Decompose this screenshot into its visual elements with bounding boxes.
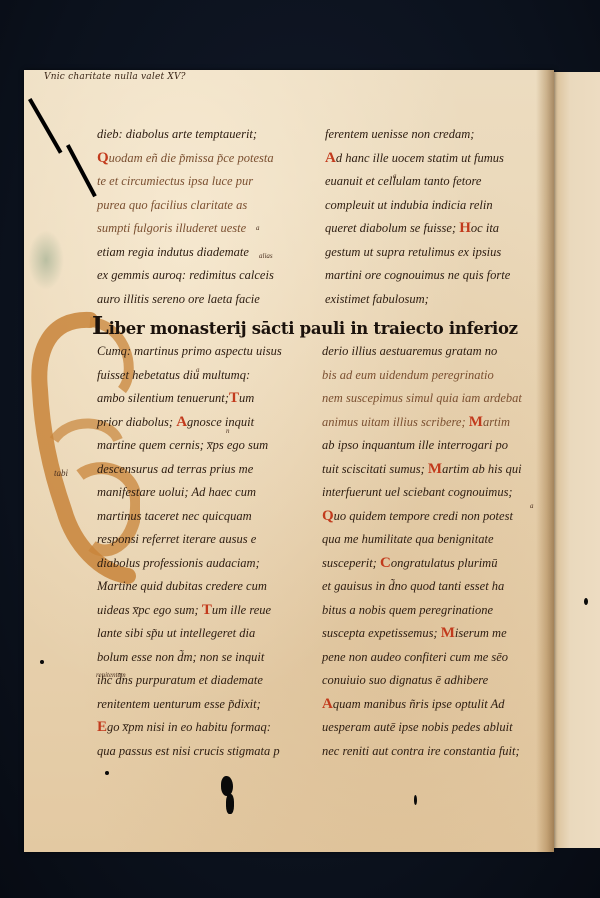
text-line: Ad hanc ille uocem statim ut fumus	[325, 147, 510, 171]
text-line: Martine quid dubitas credere cum	[97, 575, 282, 599]
rubric-initial: M	[469, 414, 483, 430]
ink-blot	[221, 776, 233, 796]
text-line: bis ad eum uidendum peregrinatio	[322, 364, 522, 388]
text-line: auro illitis sereno ore laeta facie	[97, 288, 274, 312]
interlinear-gloss: a	[530, 502, 534, 510]
text-line: queret diabolum se fuisse; Hoc ita	[325, 217, 510, 241]
text-line: etiam regia indutus diademate	[97, 241, 274, 265]
text-line: Quodam eñ die p̃missa p̃ce potesta	[97, 147, 274, 171]
rubric-initial: A	[322, 696, 333, 712]
text-line: sumpti fulgoris illuderet ueste	[97, 217, 274, 241]
gutter-note: tabi	[54, 468, 68, 478]
rubric-initial: C	[380, 555, 391, 571]
text-line: responsi referret iterare ausus e	[97, 528, 282, 552]
adjacent-leaf	[554, 72, 600, 848]
text-line: prior diabolus; Agnosce inquit	[97, 411, 282, 435]
text-line: conuiuio suo dignatus ē adhibere	[322, 669, 522, 693]
text-line: qua passus est nisi crucis stigmata p	[97, 740, 282, 764]
rubric-initial: A	[176, 414, 187, 430]
text-line: manifestare uolui; Ad haec cum	[97, 481, 282, 505]
text-line: ferentem uenisse non credam;	[325, 123, 510, 147]
text-line: derio illius aestuaremus gratam no	[322, 340, 522, 364]
text-line: ab ipso inquantum ille interrogari po	[322, 434, 522, 458]
text-line: renitentem uenturum esse p̃dixit;	[97, 693, 282, 717]
ink-blot	[584, 598, 588, 605]
interlinear-gloss: n	[226, 427, 230, 435]
text-line: ambo silentium tenuerunt;Tum	[97, 387, 282, 411]
text-line: martine quem cernis; x̅ps ego sum	[97, 434, 282, 458]
text-line: descensurus ad terras prius me	[97, 458, 282, 482]
top-margin-note: Vnic charitate nulla valet XV?	[44, 72, 186, 82]
rubric-initial: H	[459, 220, 471, 236]
text-line: nec reniti aut contra ire constantia fui…	[322, 740, 522, 764]
ink-blot	[414, 795, 417, 805]
text-line: nem suscepimus simul quia iam ardebat	[322, 387, 522, 411]
ink-blot	[40, 660, 44, 664]
interlinear-gloss: a	[256, 224, 260, 232]
text-line: et gauisus in d̃no quod tanti esset ha	[322, 575, 522, 599]
right-column-top: ferentem uenisse non credam; Ad hanc ill…	[325, 123, 510, 311]
text-line: bolum esse non d̃m; non se inquit	[97, 646, 282, 670]
text-line: euanuit et cellulam tanto fetore	[325, 170, 510, 194]
left-column-top: dieb: diabolus arte temptauerit; Quodam …	[97, 123, 274, 311]
rubric-initial: Q	[97, 150, 109, 166]
text-line: suscepta expetissemus; Miserum me	[322, 622, 522, 646]
rubric-initial: T	[202, 602, 212, 618]
text-line: uideas x̅pc ego sum; Tum ille reue	[97, 599, 282, 623]
text-line: gestum ut supra retulimus ex ipsius	[325, 241, 510, 265]
text-line: purea quo facilius claritate as	[97, 194, 274, 218]
text-line: qua me humilitate qua benignitate	[322, 528, 522, 552]
text-line: interfuerunt uel sciebant cognouimus;	[322, 481, 522, 505]
text-line: susceperit; Congratulatus plurimū	[322, 552, 522, 576]
interlinear-gloss: a	[393, 172, 397, 180]
interlinear-gloss: alias	[259, 252, 273, 260]
text-line: bitus a nobis quem peregrinatione	[322, 599, 522, 623]
text-line: pene non audeo confiteri cum me sēo	[322, 646, 522, 670]
text-line: animus uitam illius scribere; Martim	[322, 411, 522, 435]
ownership-inscription-heading: Liber monasterij sācti pauli in traiecto…	[92, 311, 518, 340]
rubric-initial: M	[428, 461, 442, 477]
rubric-initial: Q	[322, 508, 334, 524]
text-line: Quo quidem tempore credi non potest	[322, 505, 522, 529]
rubric-initial: A	[325, 150, 336, 166]
ink-blot	[226, 794, 234, 814]
text-line: existimet fabulosum;	[325, 288, 510, 312]
rubric-initial: M	[441, 625, 455, 641]
text-line: compleuit ut indubia indicia relin	[325, 194, 510, 218]
text-line: diabolus professionis audaciam;	[97, 552, 282, 576]
right-column-bottom: derio illius aestuaremus gratam no bis a…	[322, 340, 522, 763]
text-line: dieb: diabolus arte temptauerit;	[97, 123, 274, 147]
rubric-initial: E	[97, 719, 107, 735]
text-line: fuisset hebetatus diu multumq:	[97, 364, 282, 388]
text-line: ex gemmis auroq: redimitus calceis	[97, 264, 274, 288]
text-line: lante sibi sp̃u ut intellegeret dia	[97, 622, 282, 646]
interlinear-gloss: renitentem	[96, 671, 126, 679]
text-line: Aquam manibus ñris ipse optulit Ad	[322, 693, 522, 717]
ink-blot	[105, 771, 109, 775]
interlinear-gloss: a	[196, 366, 200, 374]
text-line: Ego x̅pm nisi in eo habitu formaq:	[97, 716, 282, 740]
text-line: tuit sciscitati sumus; Martim ab his qui	[322, 458, 522, 482]
text-line: Cumq: martinus primo aspectu uisus	[97, 340, 282, 364]
text-line: martini ore cognouimus ne quis forte	[325, 264, 510, 288]
text-line: uesperam autē ipse nobis pedes abluit	[322, 716, 522, 740]
text-line: martinus taceret nec quicquam	[97, 505, 282, 529]
rubric-initial: T	[229, 390, 239, 406]
left-column-bottom: Cumq: martinus primo aspectu uisus fuiss…	[97, 340, 282, 763]
text-line: te et circumiectus ipsa luce pur	[97, 170, 274, 194]
green-stain	[28, 230, 64, 290]
